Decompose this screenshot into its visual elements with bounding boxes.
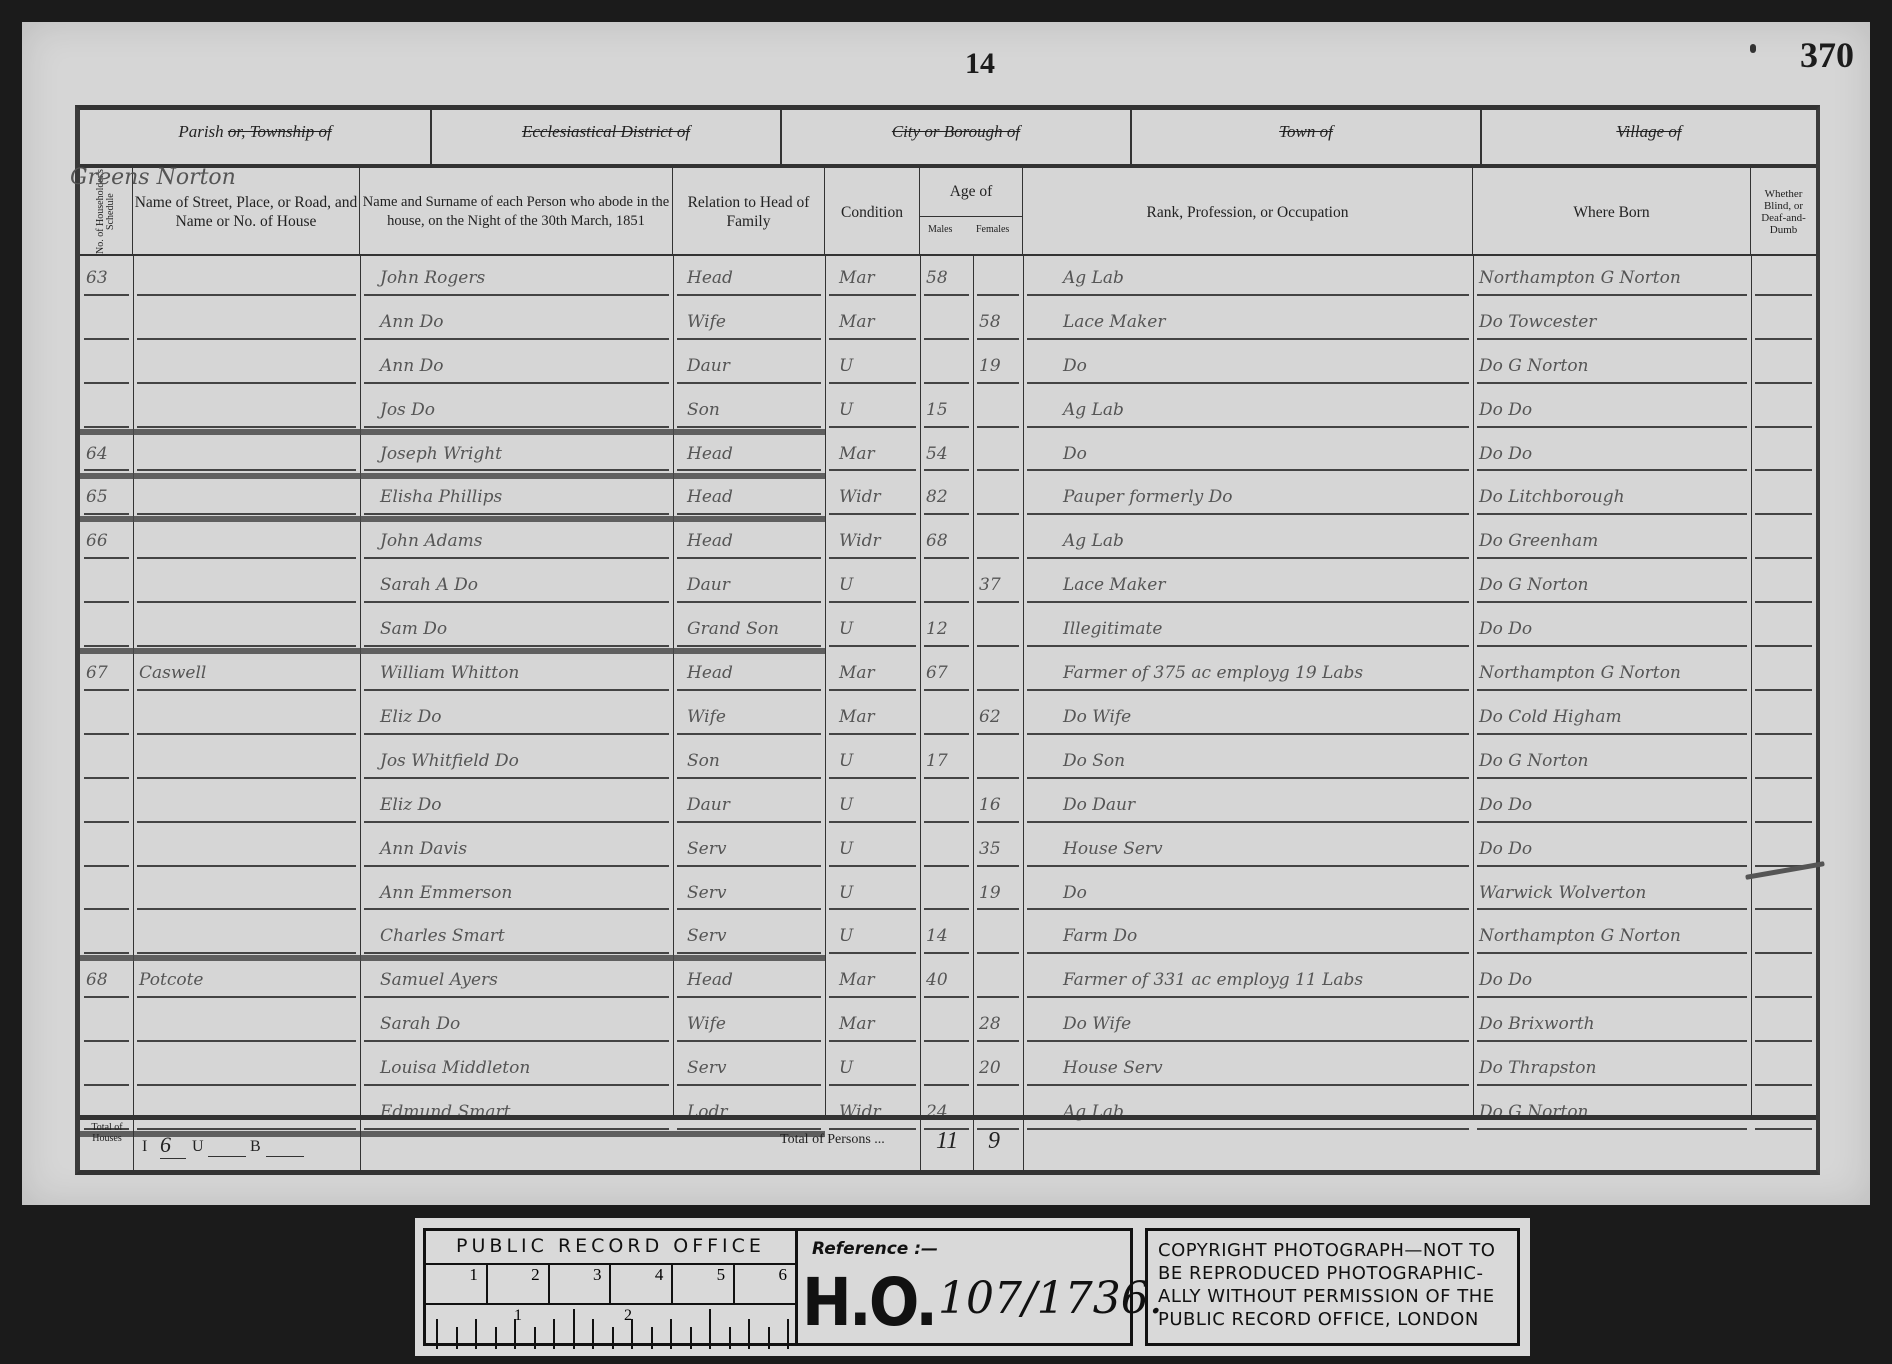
uninhabited-prefix: U [192, 1138, 204, 1156]
col-header-age: Age of Males Females [920, 168, 1023, 256]
reference-number: 107/1736. [938, 1273, 1163, 1324]
ruler-tick [631, 1319, 633, 1349]
census-rows: 63John RogersHeadMar58Ag LabNorthampton … [80, 256, 1816, 1134]
reference-prefix: H.O. [802, 1267, 935, 1339]
total-males-value: 11 [936, 1128, 958, 1155]
table-row: Eliz DoDaurU16Do DaurDo Do [80, 783, 1816, 827]
inhabited-prefix: I [142, 1138, 147, 1156]
village-label: Village of [1482, 122, 1816, 142]
household-separator [80, 516, 825, 522]
ruler-cm: 1 2 3 4 5 6 [426, 1265, 795, 1305]
table-row: 68PotcoteSamuel AyersHeadMar40Farmer of … [80, 958, 1816, 1002]
ecclesiastical-district-label: Ecclesiastical District of [432, 122, 780, 142]
ink-blot [1750, 44, 1756, 53]
ruler-tick [612, 1327, 614, 1349]
household-separator [80, 955, 825, 961]
table-row: Ann DoWifeMar58Lace MakerDo Towcester [80, 300, 1816, 344]
table-row: 67CaswellWilliam WhittonHeadMar67Farmer … [80, 651, 1816, 695]
table-row: Charles SmartServU14Farm DoNorthampton G… [80, 915, 1816, 959]
age-of-label: Age of [920, 182, 1022, 201]
males-label: Males [928, 220, 952, 239]
parish-label: Parish [178, 122, 223, 141]
inhabited-houses-value: 6 [160, 1132, 186, 1159]
building-prefix: B [250, 1138, 261, 1156]
table-row: Sarah DoWifeMar28Do WifeDo Brixworth [80, 1002, 1816, 1046]
ruler-tick [729, 1327, 731, 1349]
col-header-condition: Condition [825, 168, 920, 256]
ruler-tick [436, 1319, 438, 1349]
ruler-tick [748, 1319, 750, 1349]
table-row: 63John RogersHeadMar58Ag LabNorthampton … [80, 256, 1816, 300]
ruler-tick [456, 1327, 458, 1349]
table-row: 65Elisha PhillipsHeadWidr82Pauper former… [80, 476, 1816, 520]
ruler-tick [670, 1319, 672, 1349]
census-table: Parish or, Township of Ecclesiastical Di… [75, 105, 1820, 1175]
ruler-tick [573, 1309, 575, 1349]
town-label: Town of [1132, 122, 1480, 142]
city-borough-label: City or Borough of [782, 122, 1130, 142]
total-houses-label: Total of Houses [83, 1122, 131, 1144]
reference-box: Reference :— H.O. 107/1736. [798, 1228, 1133, 1346]
table-row: Ann DavisServU35House ServDo Do [80, 827, 1816, 871]
ruler-tick [514, 1319, 516, 1349]
township-label-struck: or, Township of [228, 122, 332, 141]
ruler-tick [475, 1319, 477, 1349]
reference-label: Reference :— [812, 1239, 938, 1259]
table-row: Sarah A DoDaurU37Lace MakerDo G Norton [80, 563, 1816, 607]
ruler-tick [553, 1319, 555, 1349]
total-females-value: 9 [988, 1128, 1000, 1155]
ruler-tick [787, 1319, 789, 1349]
col-header-occupation: Rank, Profession, or Occupation [1023, 168, 1473, 256]
col-header-relation: Relation to Head of Family [673, 168, 825, 256]
record-office-label: PUBLIC RECORD OFFICE 1 2 3 4 5 6 1 2 Ref… [415, 1218, 1530, 1356]
table-row: 66John AdamsHeadWidr68Ag LabDo Greenham [80, 519, 1816, 563]
total-persons-label: Total of Persons ... [780, 1132, 885, 1148]
uninhabited-houses-value [208, 1156, 246, 1157]
ruler-tick [709, 1309, 711, 1349]
record-office-ruler-box: PUBLIC RECORD OFFICE 1 2 3 4 5 6 1 2 [423, 1228, 798, 1346]
totals-row: Total of Houses I 6 U B Total of Persons… [80, 1115, 1816, 1170]
ruler-tick [690, 1327, 692, 1349]
table-row: Louisa MiddletonServU20House ServDo Thra… [80, 1046, 1816, 1090]
folio-number: 370 [1800, 34, 1854, 76]
col-header-blind: Whether Blind, or Deaf-and-Dumb [1751, 168, 1816, 256]
table-row: Ann DoDaurU19DoDo G Norton [80, 344, 1816, 388]
parish-value: Greens Norton [70, 165, 236, 190]
table-row: Ann EmmersonServU19DoWarwick Wolverton [80, 871, 1816, 915]
city-borough-cell: City or Borough of [782, 110, 1132, 166]
ruler-tick [495, 1327, 497, 1349]
place-header-row: Parish or, Township of Ecclesiastical Di… [80, 110, 1816, 166]
ecclesiastical-district-cell: Ecclesiastical District of [432, 110, 782, 166]
females-label: Females [976, 220, 1009, 239]
table-row: Jos Whitfield DoSonU17Do SonDo G Norton [80, 739, 1816, 783]
ruler-tick [768, 1327, 770, 1349]
table-row: 64Joseph WrightHeadMar54DoDo Do [80, 432, 1816, 476]
ruler-tick [534, 1327, 536, 1349]
page-number: 14 [965, 47, 995, 81]
table-row: Sam DoGrand SonU12IllegitimateDo Do [80, 607, 1816, 651]
household-separator [80, 648, 825, 654]
col-header-born: Where Born [1473, 168, 1751, 256]
copyright-box: COPYRIGHT PHOTOGRAPH—NOT TO BE REPRODUCE… [1145, 1228, 1520, 1346]
household-separator [80, 429, 825, 435]
town-cell: Town of [1132, 110, 1482, 166]
ruler-inches: 1 2 [426, 1305, 795, 1349]
col-header-name: Name and Surname of each Person who abod… [360, 168, 673, 256]
table-row: Eliz DoWifeMar62Do WifeDo Cold Higham [80, 695, 1816, 739]
table-row: Jos DoSonU15Ag LabDo Do [80, 388, 1816, 432]
ruler-tick [592, 1319, 594, 1349]
building-houses-value [266, 1156, 304, 1157]
ruler-tick [651, 1327, 653, 1349]
record-office-title: PUBLIC RECORD OFFICE [426, 1231, 795, 1265]
parish-cell: Parish or, Township of [80, 110, 432, 166]
household-separator [80, 473, 825, 479]
village-cell: Village of [1482, 110, 1816, 166]
